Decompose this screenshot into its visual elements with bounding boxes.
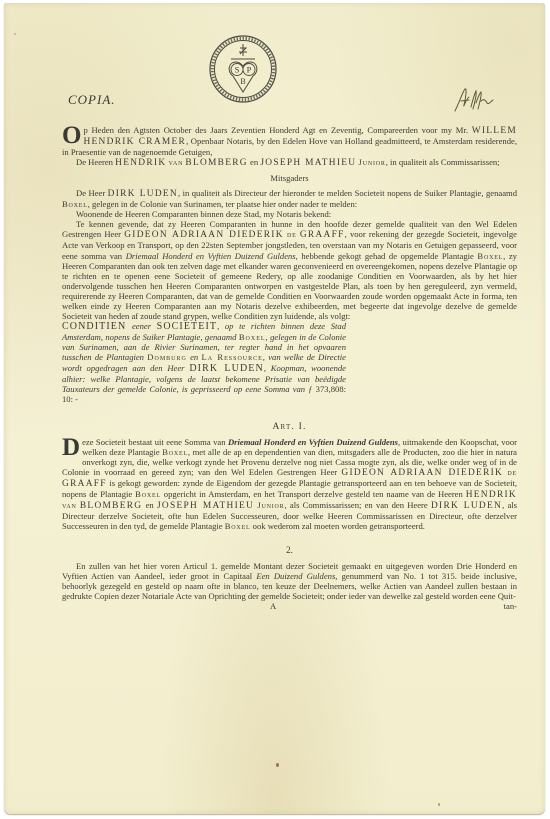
declaration-paragraph: Te kennen gevende, dat zy Heeren Compara… [62,219,517,320]
text: p Heden den Agtsten October des Jaars Ze… [83,125,471,135]
article-2-paragraph: En zullen van het hier voren Articul 1. … [62,561,517,601]
text: van [62,500,77,510]
text: de [507,467,517,477]
text: en [142,500,157,510]
text: de [287,229,297,239]
text: , in qualiteit als Directeur der hierond… [178,188,517,198]
plantation-name: La Ressource [202,352,263,362]
person-name: BLOMBERG [185,158,248,168]
sum-text: Driemaal Honderd en Vyftien Duizend Guld… [126,251,296,261]
foxing-spot [276,763,279,767]
text: , als Commissarissen; en van den Heere [285,500,431,510]
text: en [187,352,202,362]
text: , hebbende gekogt gehad de opgemelde Pla… [296,251,478,261]
person-name: JOSEPH MATHIEU [157,501,254,511]
text: ook wederom zal moeten worden getranspor… [251,521,425,531]
plantation-name: Boxel [135,489,161,499]
text: eener [126,321,156,331]
copia-label: COPIA. [68,92,116,108]
person-name: GIDEON ADRIAAN DIEDERIK [124,230,284,240]
director-paragraph: De Heer DIRK LUDEN, in qualiteit als Dir… [62,188,517,209]
article-1-heading: Art. I. [62,422,517,432]
handwritten-signature-icon [451,85,497,115]
text: De Heeren [76,157,115,167]
text: Junior [359,157,386,167]
plantation-name: Boxel [477,251,503,261]
text: , in qualiteit als Commissarissen; [386,157,500,167]
text: eze Societeit bestaat uit eene Somma van [82,437,228,447]
svg-text:B: B [240,77,245,86]
seal-emblem-icon: S P B [206,32,280,106]
person-name: GIDEON ADRIAAN DIEDERIK [341,468,503,478]
foxing-spot [438,803,440,806]
text: van [169,157,184,167]
plantation-name: Boxel [225,521,251,531]
text: , zy Heeren Comparanten dan ook ten zelv… [62,251,517,321]
person-name: BLOMBERG [80,501,143,511]
person-name: HENDRIK [115,158,166,168]
sum-text: Driemaal Honderd en Vyftien Duizend Guld… [228,437,398,447]
article-2-number: 2. [62,545,517,555]
text: SOCIETEIT [157,321,217,332]
text: en [248,157,260,167]
text: , gelegen in de Colonie van Surinamen, t… [88,199,357,209]
mitsgaders-heading: Mitsgaders [62,173,517,183]
person-name: DIRK LUDEN [189,363,264,374]
text: opgericht in Amsterdam, en het Transport… [161,489,466,499]
svg-text:S: S [235,65,240,75]
signature-mark: A [270,601,276,611]
svg-text:P: P [247,65,252,75]
commissioners-paragraph: De Heeren HENDRIK van BLOMBERG en JOSEPH… [62,157,517,168]
document-body: Op Heden den Agtsten October des Jaars Z… [62,125,517,611]
foxing-spot [14,33,16,35]
article-1-paragraph: Deze Societeit bestaat uit eene Somma va… [62,437,517,531]
conditions-title-block: CONDITIEN eener SOCIETEIT, op te richten… [62,321,346,405]
document-page: S P B COPIA. Op Heden den Agtsten Octobe… [4,3,545,814]
plantation-name: Boxel [162,447,188,457]
page-footer: A tan- [62,601,517,611]
plantation-name: Boxel [239,332,266,342]
residence-paragraph: Woonende de Heeren Comparanten binnen de… [62,209,517,219]
person-name: GRAAFF [300,230,345,240]
plantation-name: Domburg [147,352,187,362]
catchword: tan- [504,601,517,611]
text: De Heer [76,188,108,198]
person-name: GRAAFF [62,479,107,489]
person-name: JOSEPH MATHIEU [260,158,356,168]
person-name: HENDRIK [466,490,517,500]
capital-text: Een Duizend Guldens [256,571,335,581]
plantation-name: Boxel [62,199,88,209]
drop-cap: D [62,438,80,458]
intro-paragraph: Op Heden den Agtsten October des Jaars Z… [62,125,517,157]
text: CONDITIEN [62,321,126,332]
text: Junior [257,500,284,510]
person-name: DIRK LUDEN [431,501,502,511]
drop-cap: O [62,126,81,146]
person-name: DIRK LUDEN [108,189,178,199]
